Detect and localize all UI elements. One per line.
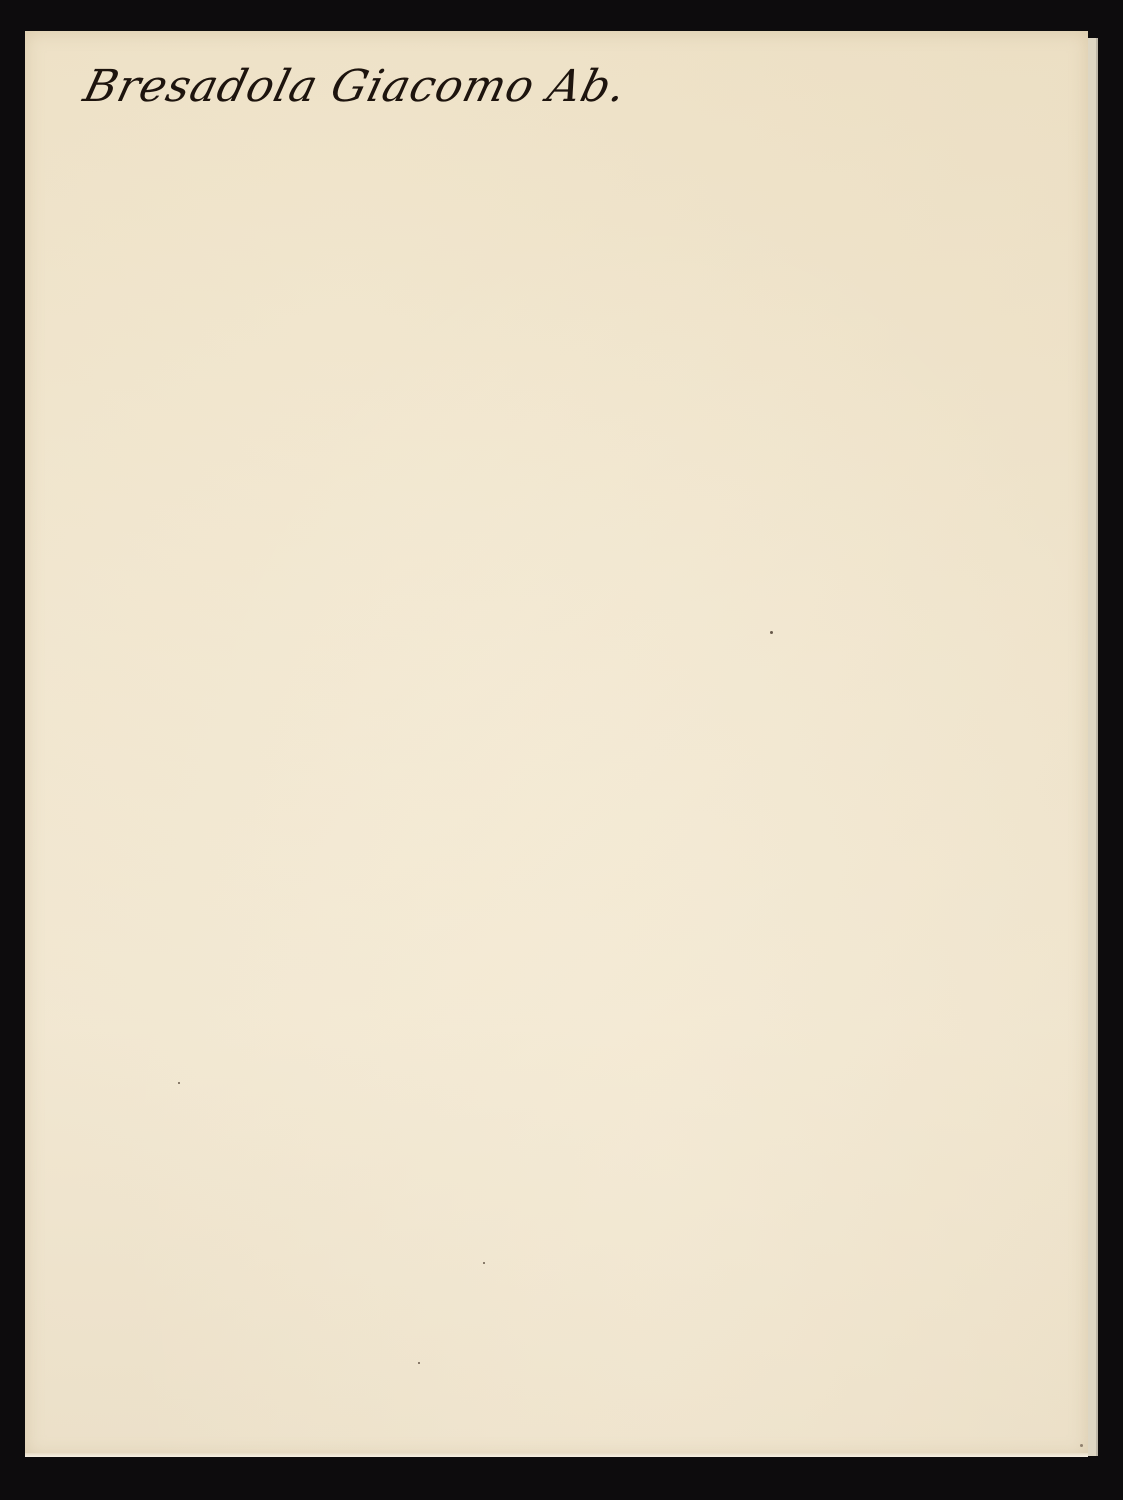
paper-speck (178, 1082, 180, 1084)
scan-backdrop: Bresadola Giacomo Ab. (0, 0, 1123, 1500)
paper-speck (1080, 1444, 1083, 1447)
paper-speck (418, 1362, 420, 1364)
paper-sheet: Bresadola Giacomo Ab. (25, 31, 1088, 1457)
deckle-edge (25, 1453, 1088, 1457)
handwritten-annotation: Bresadola Giacomo Ab. (79, 61, 633, 112)
paper-speck (483, 1262, 485, 1264)
paper-speck (770, 631, 773, 634)
